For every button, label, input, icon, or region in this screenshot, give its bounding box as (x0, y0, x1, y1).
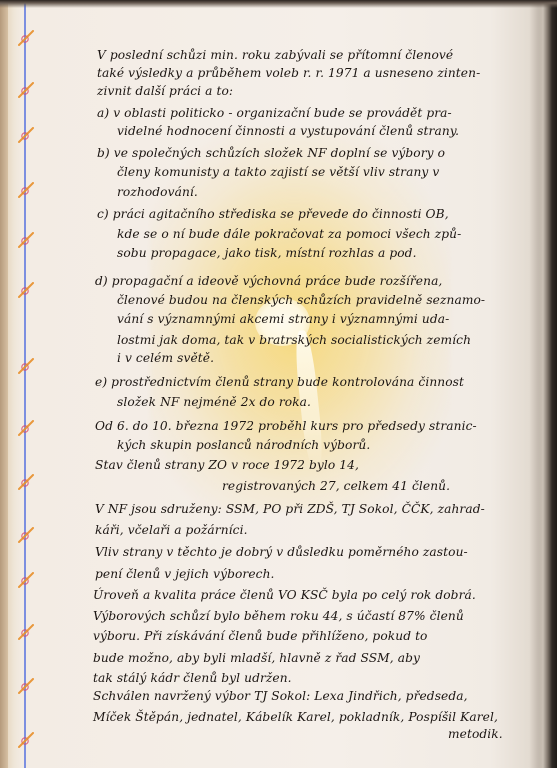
text-line: Stav členů strany ZO v roce 1972 bylo 14… (95, 458, 359, 472)
page-top-shadow (0, 0, 557, 8)
text-line: rozhodování. (117, 185, 198, 199)
text-line: káři, včelaři a požárníci. (95, 523, 248, 537)
text-line: kde se o ní bude dále pokračovat za pomo… (117, 227, 461, 241)
text-line: Od 6. do 10. března 1972 proběhl kurs pr… (95, 419, 477, 433)
text-line: registrovaných 27, celkem 41 členů. (222, 479, 450, 493)
text-line: vání s významnými akcemi strany i význam… (117, 312, 449, 326)
text-line: zivnit další práci a to: (97, 84, 233, 98)
text-line: Výborových schůzí bylo během roku 44, s … (93, 609, 464, 623)
text-line: bude možno, aby byli mladší, hlavně z řa… (93, 651, 420, 665)
text-line: d) propagační a ideově výchovná práce bu… (95, 274, 442, 288)
notebook-page: V poslední schůzi min. roku zabývali se … (0, 0, 557, 768)
book-binding (537, 0, 557, 768)
text-line: lostmi jak doma, tak v bratrských social… (117, 333, 471, 347)
text-line: členové budou na členských schůzích prav… (117, 293, 485, 307)
text-line: výboru. Při získávání členů bude přihlíž… (93, 629, 428, 643)
text-line: sobu propagace, jako tisk, místní rozhla… (117, 246, 417, 260)
text-line: metodik. (448, 727, 503, 741)
text-line: kých skupin poslanců národních výborů. (117, 438, 370, 452)
text-line: c) práci agitačního střediska se převede… (97, 207, 449, 221)
text-line: Vliv strany v těchto je dobrý v důsledku… (95, 545, 468, 559)
text-line: složek NF nejméně 2x do roka. (117, 395, 311, 409)
text-line: i v celém světě. (117, 351, 214, 365)
text-line: také výsledky a průběhem voleb r. r. 197… (97, 66, 480, 80)
text-line: V NF jsou sdruženy: SSM, PO při ZDŠ, TJ … (95, 502, 485, 516)
text-line: Míček Štěpán, jednatel, Kábelík Karel, p… (93, 710, 498, 724)
text-line: Schválen navržený výbor TJ Sokol: Lexa J… (93, 689, 468, 703)
handwritten-text: V poslední schůzi min. roku zabývali se … (0, 0, 557, 768)
text-line: V poslední schůzi min. roku zabývali se … (97, 48, 453, 62)
text-line: členy komunisty a takto zajistí se větší… (117, 165, 439, 179)
text-line: Úroveň a kvalita práce členů VO KSČ byla… (93, 588, 476, 602)
text-line: b) ve společných schůzích složek NF dopl… (97, 146, 445, 160)
text-line: pení členů v jejich výborech. (95, 567, 275, 581)
text-line: videlné hodnocení činnosti a vystupování… (117, 124, 459, 138)
text-line: e) prostřednictvím členů strany bude kon… (95, 375, 464, 389)
text-line: tak stálý kádr členů byl udržen. (93, 671, 292, 685)
text-line: a) v oblasti politicko - organizační bud… (97, 106, 452, 120)
